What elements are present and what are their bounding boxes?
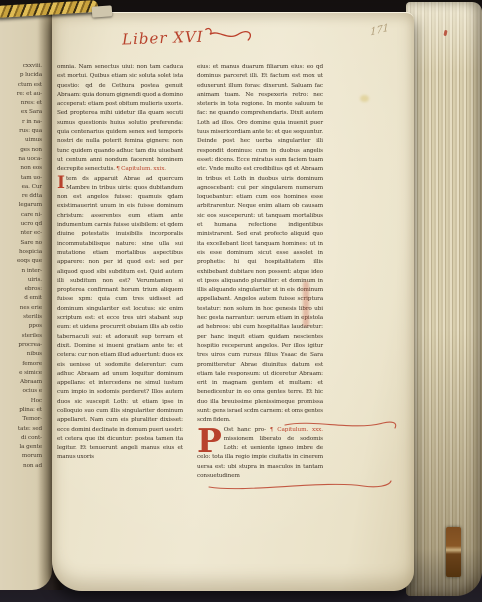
left-page-text-fragment: nres: et	[0, 99, 42, 108]
parchment-stain	[360, 95, 369, 102]
left-page-text-fragment: ucro qd	[0, 220, 42, 229]
left-page-text-fragment: Abraam	[0, 378, 42, 387]
left-page-text-fragment: ebros:	[0, 285, 42, 294]
body-text: tem ds apparuit Abrae ad quercum Mambre …	[57, 176, 183, 461]
left-page-text-fragment: sterilis	[0, 313, 42, 322]
left-page-text-fragment: e simice	[0, 369, 42, 378]
left-page-text-fragment: re: et au-	[0, 90, 42, 99]
left-page-text-fragment: ex Sara	[0, 108, 42, 117]
body-text: omnia. Nam senectus uiui: non tam caduca…	[57, 64, 183, 172]
fore-edge-page-stack	[406, 2, 482, 596]
left-page-text-fragment: tam uo-	[0, 174, 42, 183]
paragraph-ch28-end: omnia. Nam senectus uiui: non tam caduca…	[57, 63, 183, 175]
left-page-text-fragment: non eos	[0, 164, 42, 173]
manuscript-page: Liber XVI 171 omnia. Nam senectus uiui: …	[52, 12, 414, 591]
drop-initial-i: I	[57, 175, 66, 192]
left-page-text-fragment: uiris.	[0, 276, 42, 285]
left-page-text-fragment: ppos	[0, 322, 42, 331]
left-page-text-fragment: eoqs que	[0, 257, 42, 266]
left-page-text-fragment: Temor-	[0, 415, 42, 424]
leather-bookmark-tab	[446, 527, 461, 577]
left-page-text-fragment: uimus	[0, 136, 42, 145]
left-page-text-fragment: ocius e	[0, 387, 42, 396]
paragraph-ch30: POst hanc pro- ¶ Capitulum. xxx. mission…	[197, 426, 323, 482]
running-title: Liber XVI	[122, 24, 263, 49]
left-page-text-fragment: hospicia	[0, 248, 42, 257]
left-page-text-fragment: r in na-	[0, 118, 42, 127]
left-page-text-fragment: care ni-	[0, 211, 42, 220]
left-page-text-fragment: femore	[0, 360, 42, 369]
facing-page-text-fragments: cxxviii.p lucidactum estre: et au-nres: …	[0, 62, 42, 482]
left-page-text-fragment: tate: sed	[0, 425, 42, 434]
red-flourish-icon	[283, 417, 403, 431]
headband-cap	[92, 5, 113, 17]
red-ink-speck	[443, 30, 447, 36]
left-page-text-fragment: nes erie	[0, 304, 42, 313]
text-column-left: omnia. Nam senectus uiui: non tam caduca…	[57, 63, 183, 463]
left-page-text-fragment: ges non	[0, 146, 42, 155]
left-page-text-fragment: nter ec-	[0, 229, 42, 238]
left-page-text-fragment: d emit	[0, 294, 42, 303]
left-page-text-fragment: la gente	[0, 443, 42, 452]
left-page-text-fragment: plina: et	[0, 406, 42, 415]
drop-initial-p: P	[197, 427, 222, 454]
chapter-rubric-29: ¶ Capitulum. xxix.	[116, 166, 166, 172]
folio-number: 171	[370, 23, 389, 39]
paragraph-ch29: Item ds apparuit Abrae ad quercum Mambre…	[57, 175, 183, 463]
red-flourish-icon	[205, 478, 395, 494]
running-title-text: Liber XVI	[122, 28, 204, 49]
left-page-text-fragment: ctum est	[0, 81, 42, 90]
left-page-text-fragment: non ad	[0, 462, 42, 471]
left-page-text-fragment: n inter-	[0, 267, 42, 276]
body-text: eius: et manus duarum filiarum eius: eo …	[197, 64, 323, 423]
left-page-text-fragment: re ddta	[0, 192, 42, 201]
title-flourish-icon	[203, 24, 256, 46]
left-page-text-fragment: ea. Cur	[0, 183, 42, 192]
paragraph-ch29-cont: eius: et manus duarum filiarum eius: eo …	[197, 63, 323, 426]
left-page-text-fragment: cxxviii.	[0, 62, 42, 71]
left-page-text-fragment: p lucida	[0, 71, 42, 80]
left-page-text-fragment: procrea-	[0, 341, 42, 350]
left-page-text-fragment: morum	[0, 452, 42, 461]
left-page-text-fragment: nibus	[0, 350, 42, 359]
left-page-text-fragment: steriles	[0, 332, 42, 341]
red-ink-stain	[303, 281, 309, 327]
left-page-text-fragment: rus: qua	[0, 127, 42, 136]
left-page-text-fragment: Hoc	[0, 397, 42, 406]
left-page-text-fragment: Sare no	[0, 239, 42, 248]
left-page-text-fragment: na uoca-	[0, 155, 42, 164]
body-text: Ost hanc pro-	[224, 427, 266, 433]
text-column-right: eius: et manus duarum filiarum eius: eo …	[197, 63, 323, 481]
left-page-text-fragment: legarum	[0, 201, 42, 210]
left-page-text-fragment: di cont-	[0, 434, 42, 443]
